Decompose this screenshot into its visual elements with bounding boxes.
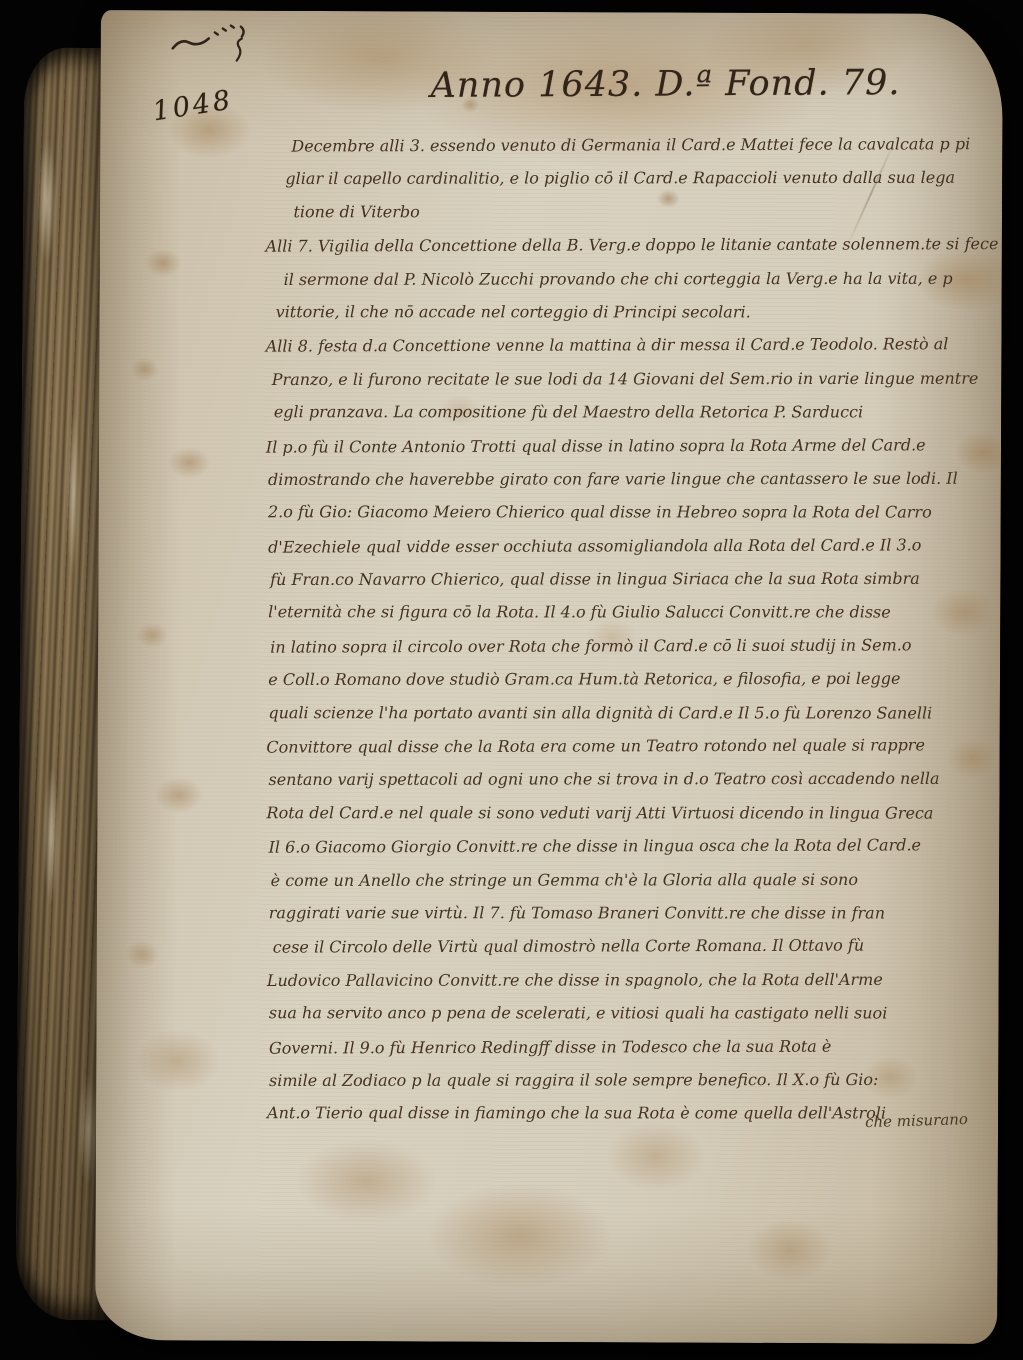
manuscript-line: 2.o fù Gio: Giacomo Meiero Chierico qual…: [268, 496, 996, 530]
manuscript-line: in latino sopra il circolo over Rota che…: [270, 628, 996, 664]
manuscript-line: Pranzo, e li furono recitate le sue lodi…: [272, 361, 996, 396]
manuscript-line: simile al Zodiaco p la quale si raggira …: [269, 1063, 997, 1098]
manuscript-line: tione di Viterbo: [293, 195, 995, 229]
manuscript-line: dimostrando che haverebbe girato con far…: [268, 462, 996, 497]
manuscript-line: Rota del Card.e nel quale si sono veduti…: [267, 796, 997, 830]
manuscript-line: Il 6.o Giacomo Giorgio Convitt.re che di…: [269, 828, 997, 864]
manuscript-line: fù Fran.co Navarro Chierico, qual disse …: [270, 562, 996, 597]
manuscript-line: Convittore qual disse che la Rota era co…: [266, 728, 996, 764]
ink-scribble: [163, 22, 253, 82]
manuscript-line: cese il Circolo delle Virtù qual dimostr…: [273, 928, 997, 964]
manuscript-line: quali scienze l'ha portato avanti sin al…: [268, 696, 996, 730]
text-lines: Decembre alli 3. essendo venuto di Germa…: [265, 128, 997, 1131]
catchword: che misurano: [865, 1110, 968, 1131]
manuscript-line: sentano varij spettacoli ad ogni uno che…: [268, 762, 996, 797]
manuscript-line: vittorie, il che nō accade nel corteggio…: [276, 295, 996, 329]
manuscript-line: raggirati varie sue virtù. Il 7. fù Toma…: [269, 896, 997, 930]
manuscript-line: Ludovico Pallavicino Convitt.re che diss…: [267, 962, 997, 997]
manuscript-line: il sermone dal P. Nicolò Zucchi provando…: [284, 261, 996, 296]
manuscript-line: Governi. Il 9.o fù Henrico Redingff diss…: [269, 1029, 997, 1065]
manuscript-photo: 1048 Anno 1643. D.ª Fond. 79. Decembre a…: [0, 0, 1023, 1360]
manuscript-line: gliar il capello cardinalitio, e lo pigl…: [285, 161, 995, 196]
page-header: Anno 1643. D.ª Fond. 79.: [430, 63, 900, 106]
manuscript-line: e Coll.o Romano dove studiò Gram.ca Hum.…: [268, 662, 996, 697]
manuscript-line: egli pranzava. La compositione fù del Ma…: [274, 395, 996, 429]
manuscript-line: Decembre alli 3. essendo venuto di Germa…: [291, 127, 995, 163]
manuscript-line: l'eternità che si figura cō la Rota. Il …: [268, 596, 996, 630]
manuscript-line: Il p.o fù il Conte Antonio Trotti qual d…: [266, 428, 996, 464]
manuscript-line: Alli 8. festa d.a Concettione venne la m…: [266, 327, 996, 363]
manuscript-line: Alli 7. Vigilia della Concettione della …: [265, 227, 995, 263]
manuscript-line: sua ha servito anco p pena de scelerati,…: [269, 996, 997, 1030]
manuscript-line: d'Ezechiele qual vidde esser occhiuta as…: [268, 528, 996, 564]
manuscript-page: 1048 Anno 1643. D.ª Fond. 79. Decembre a…: [95, 10, 1003, 1344]
manuscript-line: è come un Anello che stringe un Gemma ch…: [271, 862, 997, 897]
